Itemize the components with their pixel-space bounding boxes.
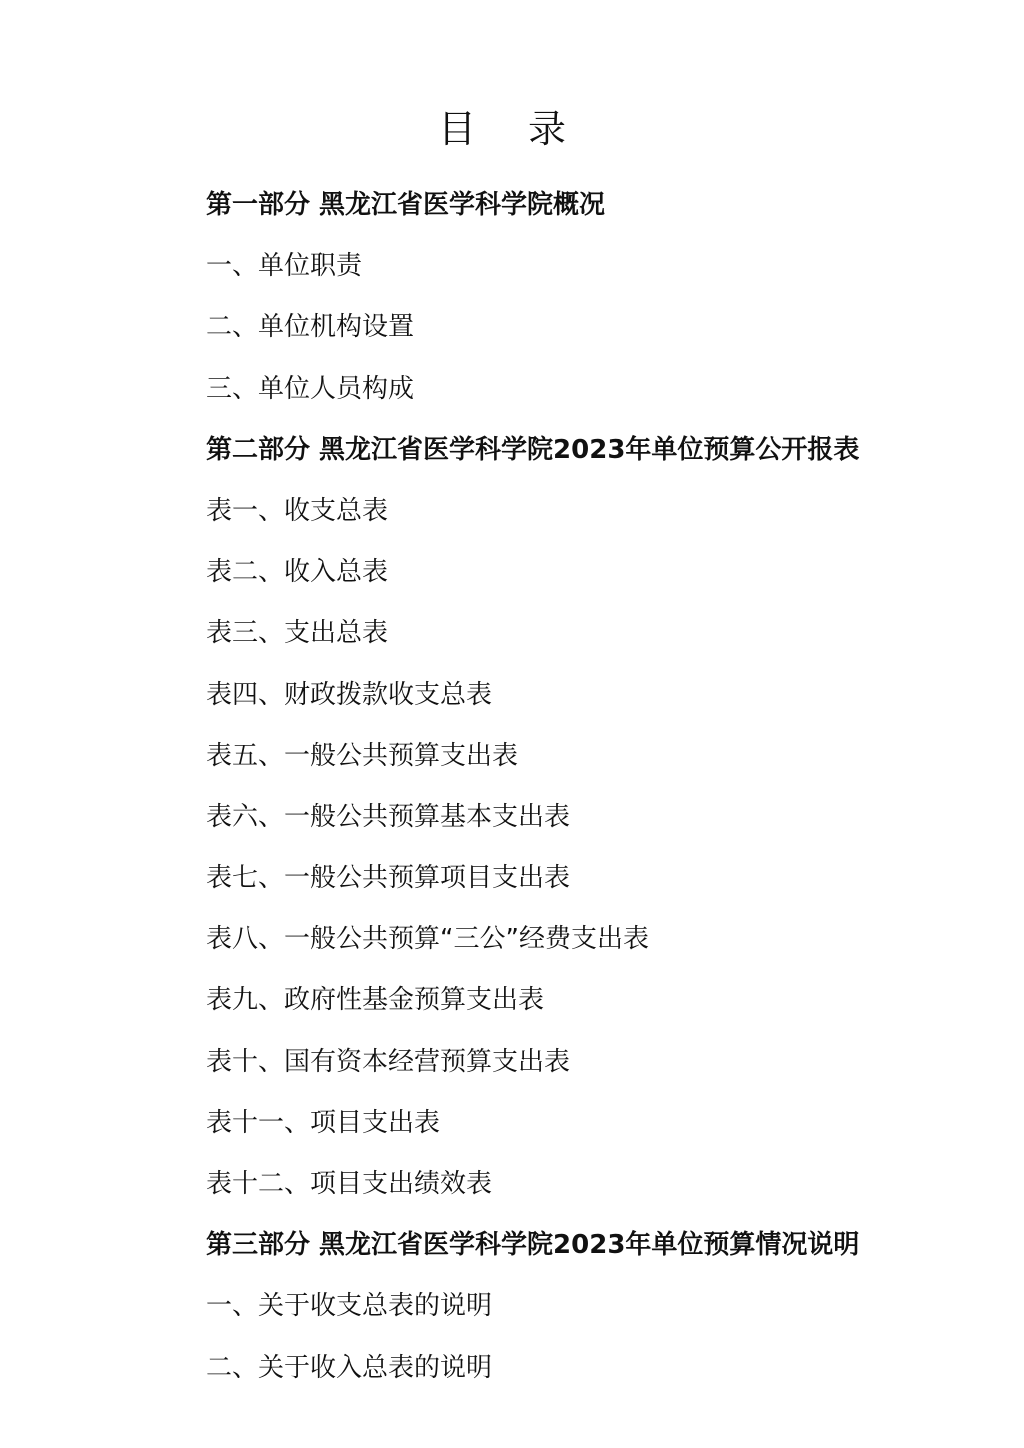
table-of-contents: 第一部分 黑龙江省医学科学院概况 一、单位职责 二、单位机构设置 三、单位人员构… — [206, 180, 859, 1404]
toc-item[interactable]: 表十、国有资本经营预算支出表 — [206, 1037, 859, 1098]
toc-item[interactable]: 一、单位职责 — [206, 241, 859, 302]
toc-item[interactable]: 二、关于收入总表的说明 — [206, 1343, 859, 1404]
toc-item[interactable]: 表三、支出总表 — [206, 608, 859, 669]
toc-item[interactable]: 表七、一般公共预算项目支出表 — [206, 853, 859, 914]
toc-part-2[interactable]: 第二部分 黑龙江省医学科学院2023年单位预算公开报表 — [206, 425, 859, 486]
toc-item[interactable]: 一、关于收支总表的说明 — [206, 1281, 859, 1342]
toc-item[interactable]: 表五、一般公共预算支出表 — [206, 731, 859, 792]
toc-part-3[interactable]: 第三部分 黑龙江省医学科学院2023年单位预算情况说明 — [206, 1220, 859, 1281]
toc-item[interactable]: 表六、一般公共预算基本支出表 — [206, 792, 859, 853]
toc-item[interactable]: 表十二、项目支出绩效表 — [206, 1159, 859, 1220]
toc-item[interactable]: 表一、收支总表 — [206, 486, 859, 547]
toc-item[interactable]: 表四、财政拨款收支总表 — [206, 670, 859, 731]
toc-item[interactable]: 表十一、项目支出表 — [206, 1098, 859, 1159]
toc-item[interactable]: 三、单位人员构成 — [206, 364, 859, 425]
toc-item[interactable]: 二、单位机构设置 — [206, 302, 859, 363]
page-title: 目 录 — [0, 98, 1024, 153]
toc-part-1[interactable]: 第一部分 黑龙江省医学科学院概况 — [206, 180, 859, 241]
toc-item[interactable]: 表八、一般公共预算“三公”经费支出表 — [206, 914, 859, 975]
toc-item[interactable]: 表二、收入总表 — [206, 547, 859, 608]
toc-item[interactable]: 表九、政府性基金预算支出表 — [206, 975, 859, 1036]
